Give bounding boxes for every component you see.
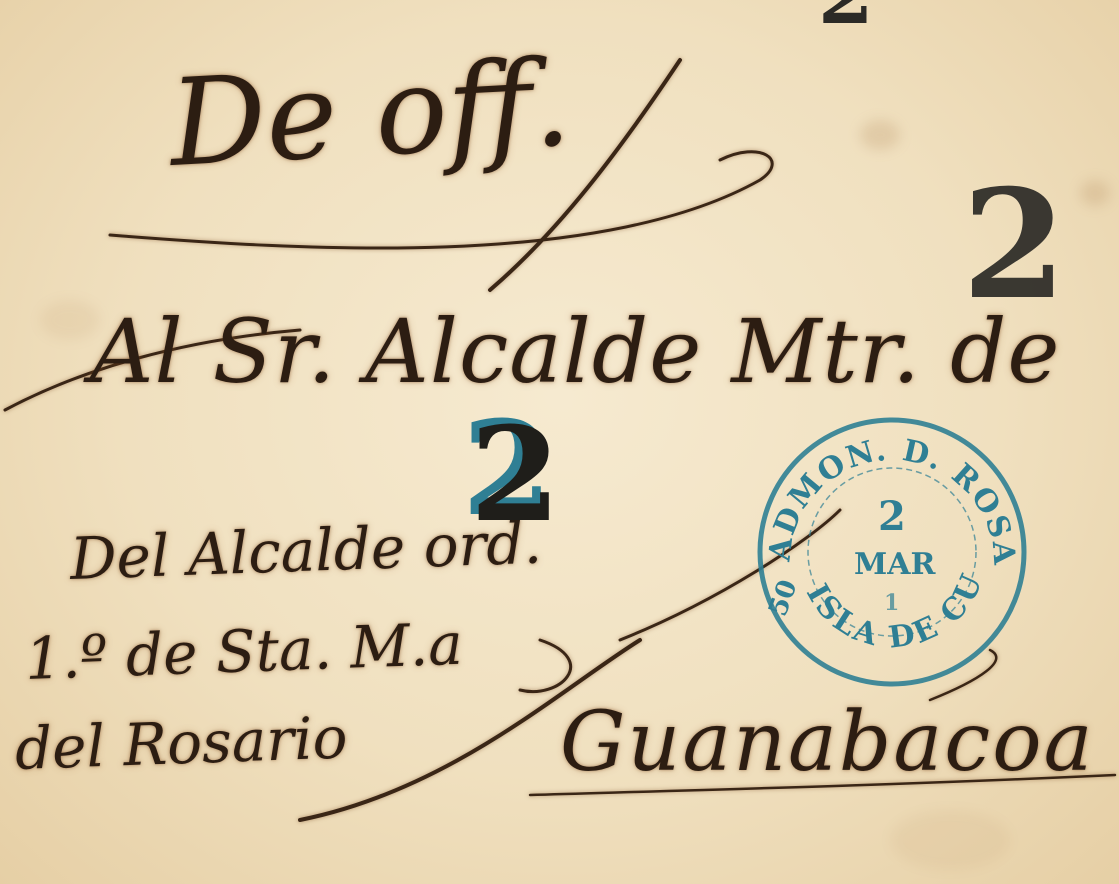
letter-cover: De off. Al Sr. Alcalde Mtr. de Del Alcal… (0, 0, 1119, 884)
postmark-month: MAR (854, 547, 936, 582)
rating-mark-top-partial: 2 (818, 0, 874, 35)
postmark-year-digit: 1 (884, 590, 899, 616)
postmark-day: 2 (878, 493, 906, 540)
postmark-top-text: ADMON. D. ROSARIO (752, 412, 1022, 568)
rating-mark-center: 2 (470, 410, 560, 540)
svg-text:ADMON. D. ROSARIO: ADMON. D. ROSARIO (752, 412, 1022, 568)
postmark-left-text: 50 (763, 576, 804, 620)
rating-mark-top-right: 2 (962, 170, 1066, 320)
sender-line-3: del Rosario (14, 703, 349, 783)
service-marking-de-oficio: De off. (166, 34, 574, 194)
addressee-line: Al Sr. Alcalde Mtr. de (90, 300, 1061, 403)
destination-town: Guanabacoa (560, 695, 1094, 790)
postmark-circular-datestamp: ADMON. D. ROSARIO ISLA DE CUBA 50 2 MAR … (752, 412, 1032, 692)
